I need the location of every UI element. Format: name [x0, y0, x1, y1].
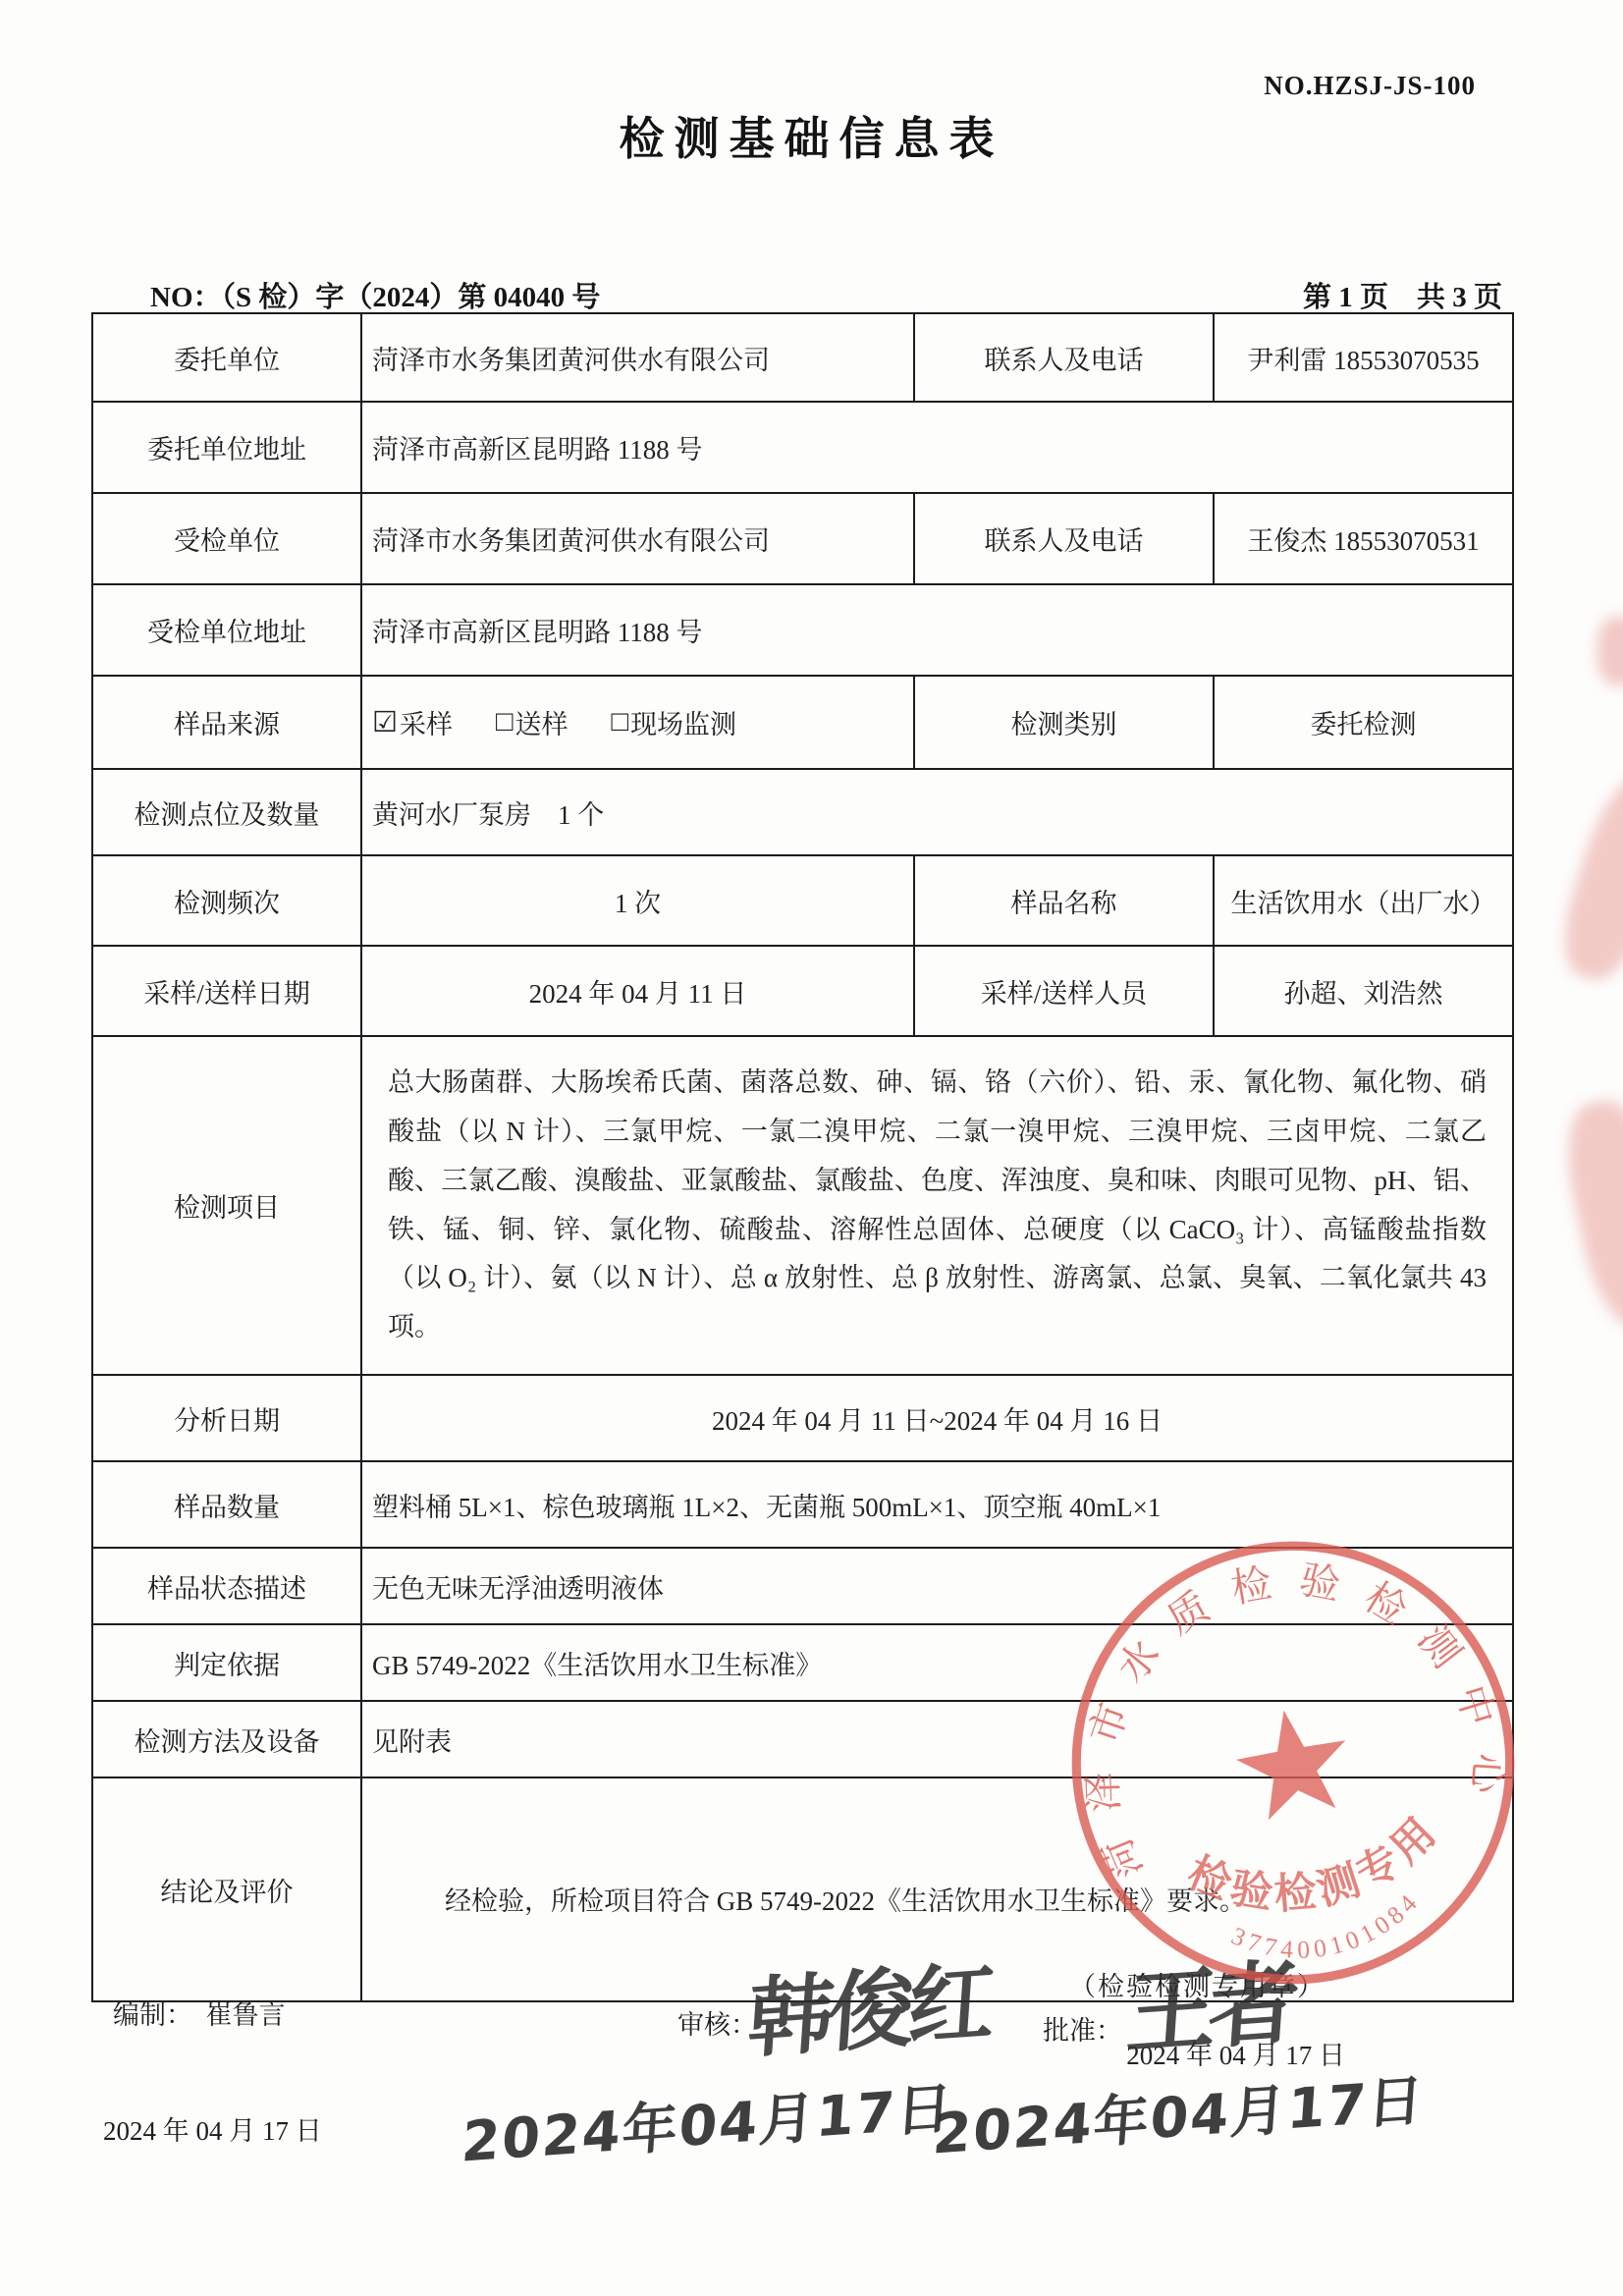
sampling-staff-value: 孙超、刘浩然: [1214, 946, 1513, 1036]
sample-source-label: 样品来源: [92, 676, 361, 769]
sampling-date-label: 采样/送样日期: [92, 946, 361, 1036]
subheader: NO：（S 检）字（2024）第 04040 号 第 1 页 共 3 页: [91, 275, 1512, 315]
table-row: 样品数量 塑料桶 5L×1、棕色玻璃瓶 1L×2、无菌瓶 500mL×1、顶空瓶…: [92, 1461, 1513, 1548]
sampling-staff-label: 采样/送样人员: [914, 946, 1214, 1036]
judgment-basis-value: GB 5749-2022《生活饮用水卫生标准》: [361, 1624, 1513, 1701]
page-title: 检测基础信息表: [0, 103, 1623, 168]
checkbox-unchecked-icon: □: [612, 706, 629, 738]
test-category-label: 检测类别: [914, 676, 1214, 769]
test-points-value: 黄河水厂泵房 1 个: [361, 769, 1513, 855]
table-row: 委托单位地址 菏泽市高新区昆明路 1188 号: [92, 402, 1513, 493]
edge-stamp-fragment: [1549, 769, 1623, 989]
table-row: 检测点位及数量 黄河水厂泵房 1 个: [92, 769, 1513, 855]
sample-name-label: 样品名称: [914, 855, 1214, 946]
analysis-date-label: 分析日期: [92, 1375, 361, 1461]
checkbox-label: 送样: [515, 703, 568, 741]
table-row: 检测项目 总大肠菌群、大肠埃希氏菌、菌落总数、砷、镉、铬（六价）、铅、汞、氰化物…: [92, 1036, 1513, 1375]
table-row: 受检单位地址 菏泽市高新区昆明路 1188 号: [92, 584, 1513, 676]
document-page: NO.HZSJ-JS-100 检测基础信息表 NO：（S 检）字（2024）第 …: [0, 0, 1623, 2296]
document-number: NO.HZSJ-JS-100: [1264, 71, 1476, 101]
approved-date-handwritten: 2024年04月17日: [931, 2056, 1428, 2170]
test-items-cell: 总大肠菌群、大肠埃希氏菌、菌落总数、砷、镉、铬（六价）、铅、汞、氰化物、氟化物、…: [361, 1036, 1513, 1375]
prepared-by: 编制： 崔鲁言: [113, 1994, 286, 2032]
judgment-basis-label: 判定依据: [92, 1624, 361, 1701]
table-row: 检测频次 1 次 样品名称 生活饮用水（出厂水）: [92, 855, 1513, 946]
test-items-label: 检测项目: [92, 1036, 361, 1375]
checkbox-delivered: □送样: [496, 703, 568, 741]
sample-state-value: 无色无味无浮油透明液体: [361, 1548, 1513, 1624]
page-indicator: 第 1 页 共 3 页: [1303, 275, 1502, 315]
info-table: 委托单位 菏泽市水务集团黄河供水有限公司 联系人及电话 尹利雷 18553070…: [91, 312, 1514, 2002]
table-row: 判定依据 GB 5749-2022《生活饮用水卫生标准》: [92, 1624, 1513, 1701]
checkbox-label: 采样: [400, 703, 453, 741]
method-equipment-value: 见附表: [361, 1701, 1513, 1777]
method-equipment-label: 检测方法及设备: [92, 1701, 361, 1777]
table-row: 委托单位 菏泽市水务集团黄河供水有限公司 联系人及电话 尹利雷 18553070…: [92, 313, 1513, 402]
test-frequency-value: 1 次: [361, 855, 914, 946]
sampling-date-value: 2024 年 04 月 11 日: [361, 946, 914, 1036]
inspected-contact-value: 王俊杰 18553070531: [1214, 493, 1513, 584]
entrust-contact-value: 尹利雷 18553070535: [1214, 313, 1513, 402]
inspected-address-label: 受检单位地址: [92, 584, 361, 676]
entrust-address-label: 委托单位地址: [92, 402, 361, 493]
table-row: 检测方法及设备 见附表: [92, 1701, 1513, 1777]
table-row: 样品来源 ☑采样 □送样 □现场监测 检测类别 委托检测: [92, 676, 1513, 769]
table-row: 分析日期 2024 年 04 月 11 日~2024 年 04 月 16 日: [92, 1375, 1513, 1461]
sample-name-value: 生活饮用水（出厂水）: [1214, 855, 1513, 946]
test-items-value: 总大肠菌群、大肠埃希氏菌、菌落总数、砷、镉、铬（六价）、铅、汞、氰化物、氟化物、…: [372, 1045, 1502, 1367]
test-points-label: 检测点位及数量: [92, 769, 361, 855]
edge-stamp-fragment: [1597, 617, 1623, 685]
checkbox-unchecked-icon: □: [496, 706, 514, 738]
inspected-contact-label: 联系人及电话: [914, 493, 1214, 584]
sample-quantity-label: 样品数量: [92, 1461, 361, 1548]
reviewed-signature: 韩俊红: [744, 1934, 994, 2075]
sample-state-label: 样品状态描述: [92, 1548, 361, 1624]
report-number: NO：（S 检）字（2024）第 04040 号: [150, 275, 600, 315]
entrust-contact-label: 联系人及电话: [914, 313, 1214, 402]
inspected-unit-value: 菏泽市水务集团黄河供水有限公司: [361, 493, 914, 584]
approved-label: 批准：: [1043, 2009, 1122, 2048]
entrust-unit-label: 委托单位: [92, 313, 361, 402]
test-frequency-label: 检测频次: [92, 855, 361, 946]
inspected-unit-label: 受检单位: [92, 493, 361, 584]
sample-source-options: ☑采样 □送样 □现场监测: [361, 676, 914, 769]
approved-signature: 王者: [1123, 1931, 1297, 2073]
analysis-date-value: 2024 年 04 月 11 日~2024 年 04 月 16 日: [361, 1375, 1513, 1461]
table-row: 受检单位 菏泽市水务集团黄河供水有限公司 联系人及电话 王俊杰 18553070…: [92, 493, 1513, 584]
reviewed-date-handwritten: 2024年04月17日: [460, 2064, 956, 2178]
entrust-address-value: 菏泽市高新区昆明路 1188 号: [361, 402, 1513, 493]
test-category-value: 委托检测: [1214, 676, 1513, 769]
conclusion-label: 结论及评价: [92, 1777, 361, 2001]
checkbox-checked-icon: ☑: [372, 705, 398, 739]
checkbox-sampling: ☑采样: [372, 703, 453, 741]
edge-stamp-fragment: [1555, 1094, 1623, 1333]
prepared-date: 2024 年 04 月 17 日: [103, 2109, 322, 2148]
sample-quantity-value: 塑料桶 5L×1、棕色玻璃瓶 1L×2、无菌瓶 500mL×1、顶空瓶 40mL…: [361, 1461, 1513, 1548]
entrust-unit-value: 菏泽市水务集团黄河供水有限公司: [361, 313, 914, 402]
checkbox-label: 现场监测: [630, 703, 736, 741]
table-row: 采样/送样日期 2024 年 04 月 11 日 采样/送样人员 孙超、刘浩然: [92, 946, 1513, 1036]
reviewed-label: 审核：: [677, 2003, 757, 2042]
checkbox-onsite: □现场监测: [612, 703, 737, 741]
table-row: 样品状态描述 无色无味无浮油透明液体: [92, 1548, 1513, 1624]
conclusion-text: 经检验，所检项目符合 GB 5749-2022《生活饮用水卫生标准》要求。: [362, 1855, 1512, 1923]
inspected-address-value: 菏泽市高新区昆明路 1188 号: [361, 584, 1513, 676]
